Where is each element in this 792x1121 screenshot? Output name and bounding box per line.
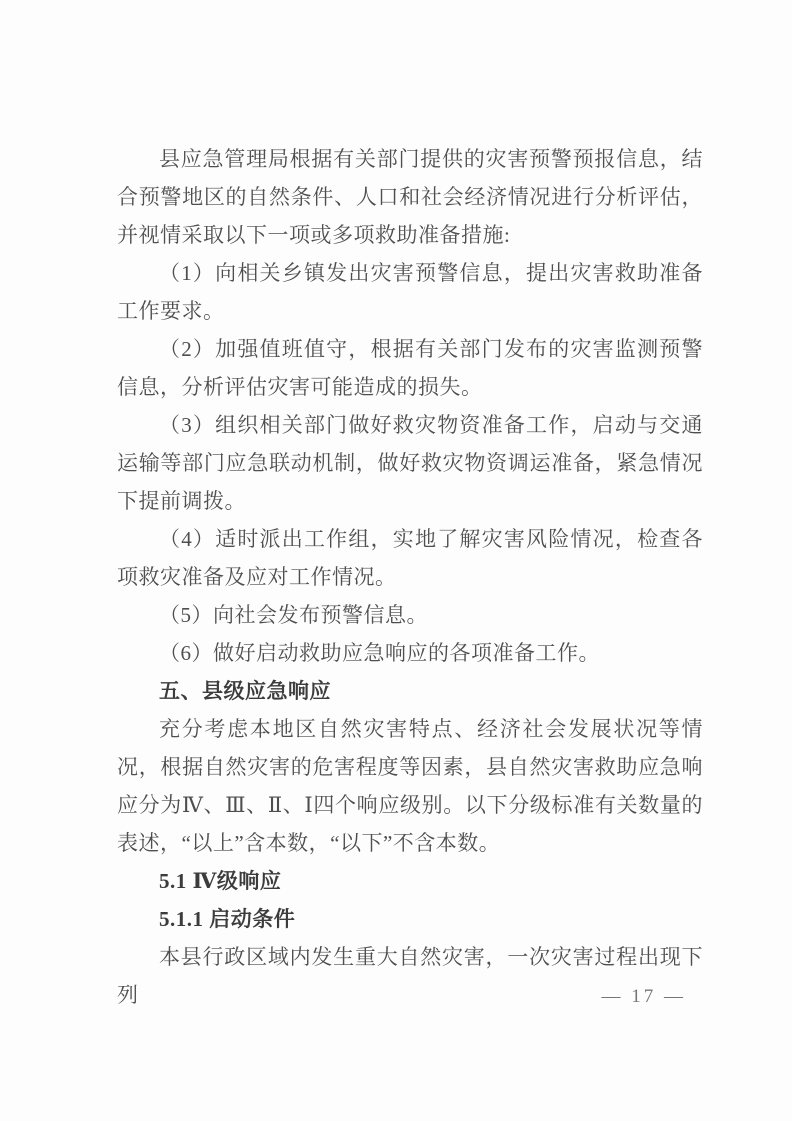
- measure-item-1: （1）向相关乡镇发出灾害预警信息，提出灾害救助准备工作要求。: [117, 254, 703, 330]
- measure-item-3: （3）组织相关部门做好救灾物资准备工作，启动与交通运输等部门应急联动机制，做好救…: [117, 406, 703, 520]
- subsection-5-1-1-heading: 5.1.1 启动条件: [117, 900, 703, 938]
- measure-item-2: （2）加强值班值守，根据有关部门发布的灾害监测预警信息，分析评估灾害可能造成的损…: [117, 330, 703, 406]
- intro-paragraph: 县应急管理局根据有关部门提供的灾害预警预报信息，结合预警地区的自然条件、人口和社…: [117, 140, 703, 254]
- page-number: — 17 —: [602, 986, 687, 1008]
- measure-item-6: （6）做好启动救助应急响应的各项准备工作。: [117, 634, 703, 672]
- section-5-intro-paragraph: 充分考虑本地区自然灾害特点、经济社会发展状况等情况，根据自然灾害的危害程度等因素…: [117, 710, 703, 862]
- document-body: 县应急管理局根据有关部门提供的灾害预警预报信息，结合预警地区的自然条件、人口和社…: [117, 140, 703, 1014]
- measure-item-4: （4）适时派出工作组，实地了解灾害风险情况，检查各项救灾准备及应对工作情况。: [117, 520, 703, 596]
- subsection-5-1-heading: 5.1 Ⅳ级响应: [117, 862, 703, 900]
- measure-item-5: （5）向社会发布预警信息。: [117, 596, 703, 634]
- document-page: 县应急管理局根据有关部门提供的灾害预警预报信息，结合预警地区的自然条件、人口和社…: [0, 0, 792, 1121]
- section-5-heading: 五、县级应急响应: [117, 672, 703, 710]
